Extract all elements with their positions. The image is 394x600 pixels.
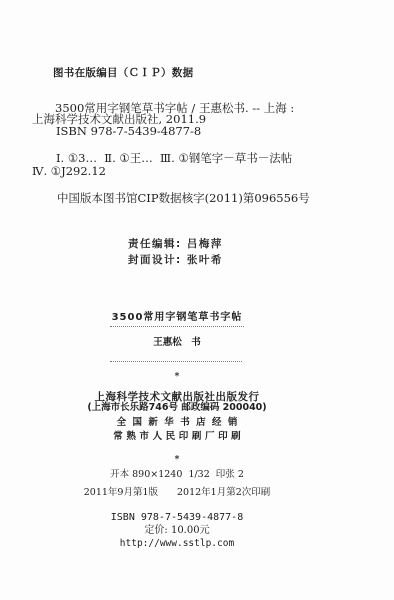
star-separator: * [0, 453, 354, 467]
cip-number: 中国版本图书馆CIP数据核字(2011)第096556号 [57, 191, 310, 205]
cip-heading: 图书在版编目（ＣＩＰ）数据 [53, 66, 193, 80]
dotted-divider [110, 326, 244, 327]
cover-design-credit: 封面设计: 张叶希 [128, 253, 223, 267]
star-separator: * [0, 370, 354, 384]
cip-classification-line: Ⅳ. ①J292.12 [32, 164, 106, 178]
colophon-website: http://www.sstlp.com [0, 537, 354, 551]
colophon-distributor: 全国新华书店经销 [0, 416, 354, 430]
cip-isbn-line: ISBN 978-7-5439-4877-8 [56, 124, 201, 138]
colophon-editions: 2011年9月第1版 2012年1月第2次印刷 [0, 486, 354, 500]
cip-subject-line: Ⅰ. ①3… Ⅱ. ①王… Ⅲ. ①钢笔字－草书－法帖 [56, 151, 292, 165]
colophon-price: 定价: 10.00元 [0, 524, 354, 538]
dotted-divider [110, 361, 242, 362]
colophon-author: 王惠松 书 [0, 336, 354, 350]
colophon-printer: 常熟市人民印刷厂印刷 [0, 430, 354, 444]
colophon-title: 3500常用字钢笔草书字帖 [0, 311, 354, 325]
colophon-address: (上海市长乐路746号 邮政编码 200040) [0, 401, 354, 415]
copyright-page: 图书在版编目（ＣＩＰ）数据 3500常用字钢笔草书字帖 / 王惠松书. -- 上… [0, 0, 394, 600]
editor-credit: 责任编辑: 吕梅萍 [128, 237, 223, 251]
colophon-format: 开本 890×1240 1/32 印张 2 [0, 468, 354, 482]
colophon-isbn: ISBN 978-7-5439-4877-8 [0, 511, 354, 525]
